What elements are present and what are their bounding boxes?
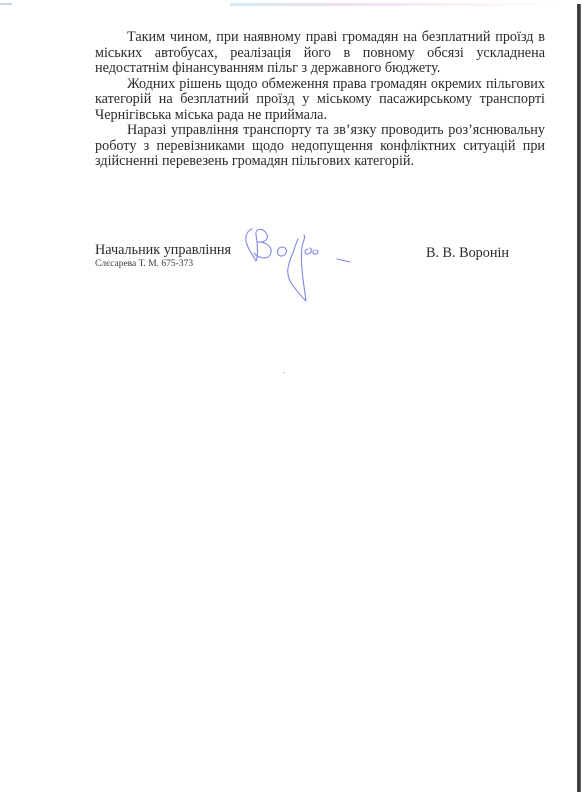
signer-name: В. В. Воронін (426, 245, 509, 262)
executor-contact: Слєсарева Т. М. 675-373 (95, 259, 193, 269)
paragraph-explanatory-work: Наразі управління транспорту та зв’язку … (95, 123, 545, 170)
letter-body: Таким чином, при наявному праві громадян… (95, 30, 545, 170)
paragraph-no-restrictions: Жодних рішень щодо обмеження права грома… (95, 77, 545, 124)
scan-artifact-top-left (0, 3, 12, 5)
scan-edge-right (577, 4, 581, 792)
paragraph-funding: Таким чином, при наявному праві громадян… (95, 30, 545, 77)
scan-artifact-top (230, 3, 560, 6)
scan-speck (283, 372, 285, 373)
position-title: Начальник управління (95, 242, 231, 259)
handwritten-signature-icon (240, 225, 360, 305)
